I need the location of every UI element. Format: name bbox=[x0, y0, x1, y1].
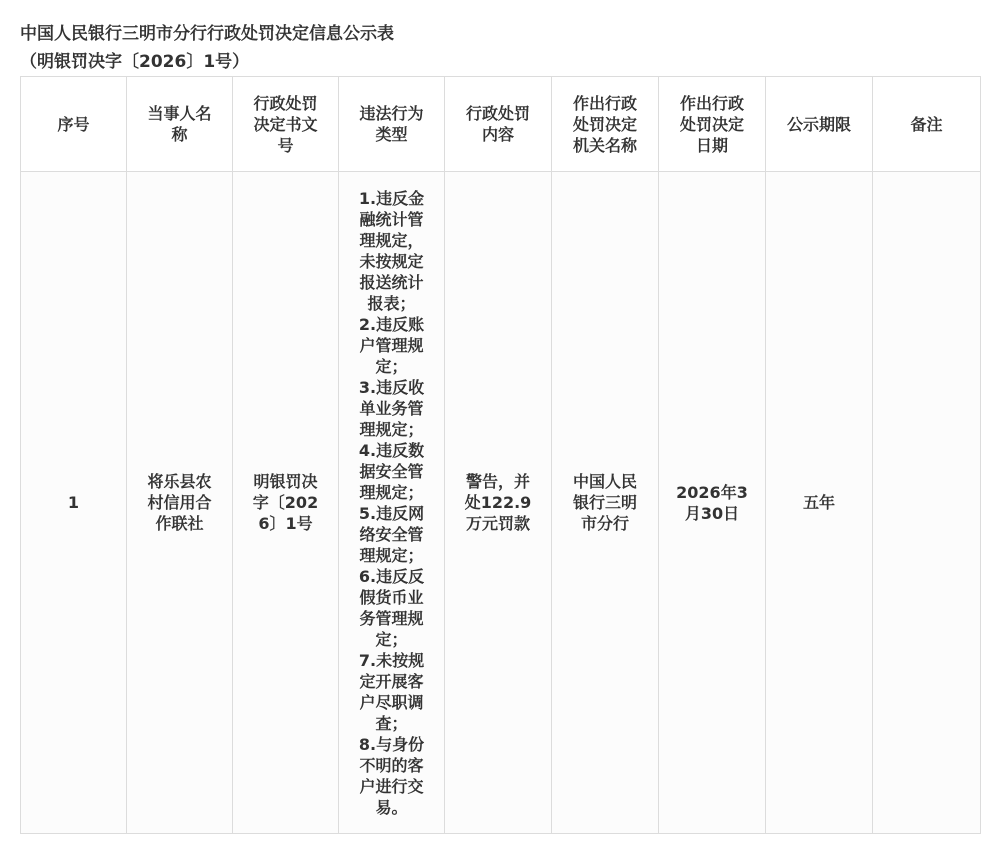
violation-item: 7.未按规定开展客户尽职调查； bbox=[354, 650, 429, 734]
page-title: 中国人民银行三明市分行行政处罚决定信息公示表 bbox=[20, 22, 394, 46]
decision-number-subtitle: （明银罚决字〔2026〕1号） bbox=[20, 50, 249, 74]
cell-party-name: 将乐县农村信用合作联社 bbox=[127, 172, 233, 834]
cell-index: 1 bbox=[21, 172, 127, 834]
header-penalty-content: 行政处罚内容 bbox=[445, 77, 552, 172]
violation-item: 6.违反反假货币业务管理规定； bbox=[354, 566, 429, 650]
violation-item: 2.违反账户管理规定； bbox=[354, 314, 429, 377]
cell-authority: 中国人民银行三明市分行 bbox=[552, 172, 659, 834]
header-remarks: 备注 bbox=[873, 77, 981, 172]
header-authority: 作出行政处罚决定机关名称 bbox=[552, 77, 659, 172]
header-decision-date: 作出行政处罚决定日期 bbox=[659, 77, 766, 172]
violation-item: 5.违反网络安全管理规定； bbox=[354, 503, 429, 566]
cell-violations: 1.违反金融统计管理规定，未按规定报送统计报表； 2.违反账户管理规定； 3.违… bbox=[339, 172, 445, 834]
header-party-name: 当事人名称 bbox=[127, 77, 233, 172]
violation-item: 3.违反收单业务管理规定； bbox=[354, 377, 429, 440]
violation-item: 1.违反金融统计管理规定，未按规定报送统计报表； bbox=[354, 188, 429, 314]
cell-decision-date: 2026年3月30日 bbox=[659, 172, 766, 834]
header-violation-type: 违法行为类型 bbox=[339, 77, 445, 172]
cell-penalty-content: 警告，并处122.9万元罚款 bbox=[445, 172, 552, 834]
cell-remarks bbox=[873, 172, 981, 834]
violation-item: 8.与身份不明的客户进行交易。 bbox=[354, 734, 429, 818]
cell-decision-number: 明银罚决字〔2026〕1号 bbox=[233, 172, 339, 834]
violation-item: 4.违反数据安全管理规定； bbox=[354, 440, 429, 503]
penalty-info-table: 序号 当事人名称 行政处罚决定书文号 违法行为类型 行政处罚内容 作出行政处罚决… bbox=[20, 76, 981, 834]
header-publicity-period: 公示期限 bbox=[766, 77, 873, 172]
header-decision-number: 行政处罚决定书文号 bbox=[233, 77, 339, 172]
table-row: 1 将乐县农村信用合作联社 明银罚决字〔2026〕1号 1.违反金融统计管理规定… bbox=[21, 172, 981, 834]
table-header-row: 序号 当事人名称 行政处罚决定书文号 违法行为类型 行政处罚内容 作出行政处罚决… bbox=[21, 77, 981, 172]
cell-publicity-period: 五年 bbox=[766, 172, 873, 834]
header-index: 序号 bbox=[21, 77, 127, 172]
